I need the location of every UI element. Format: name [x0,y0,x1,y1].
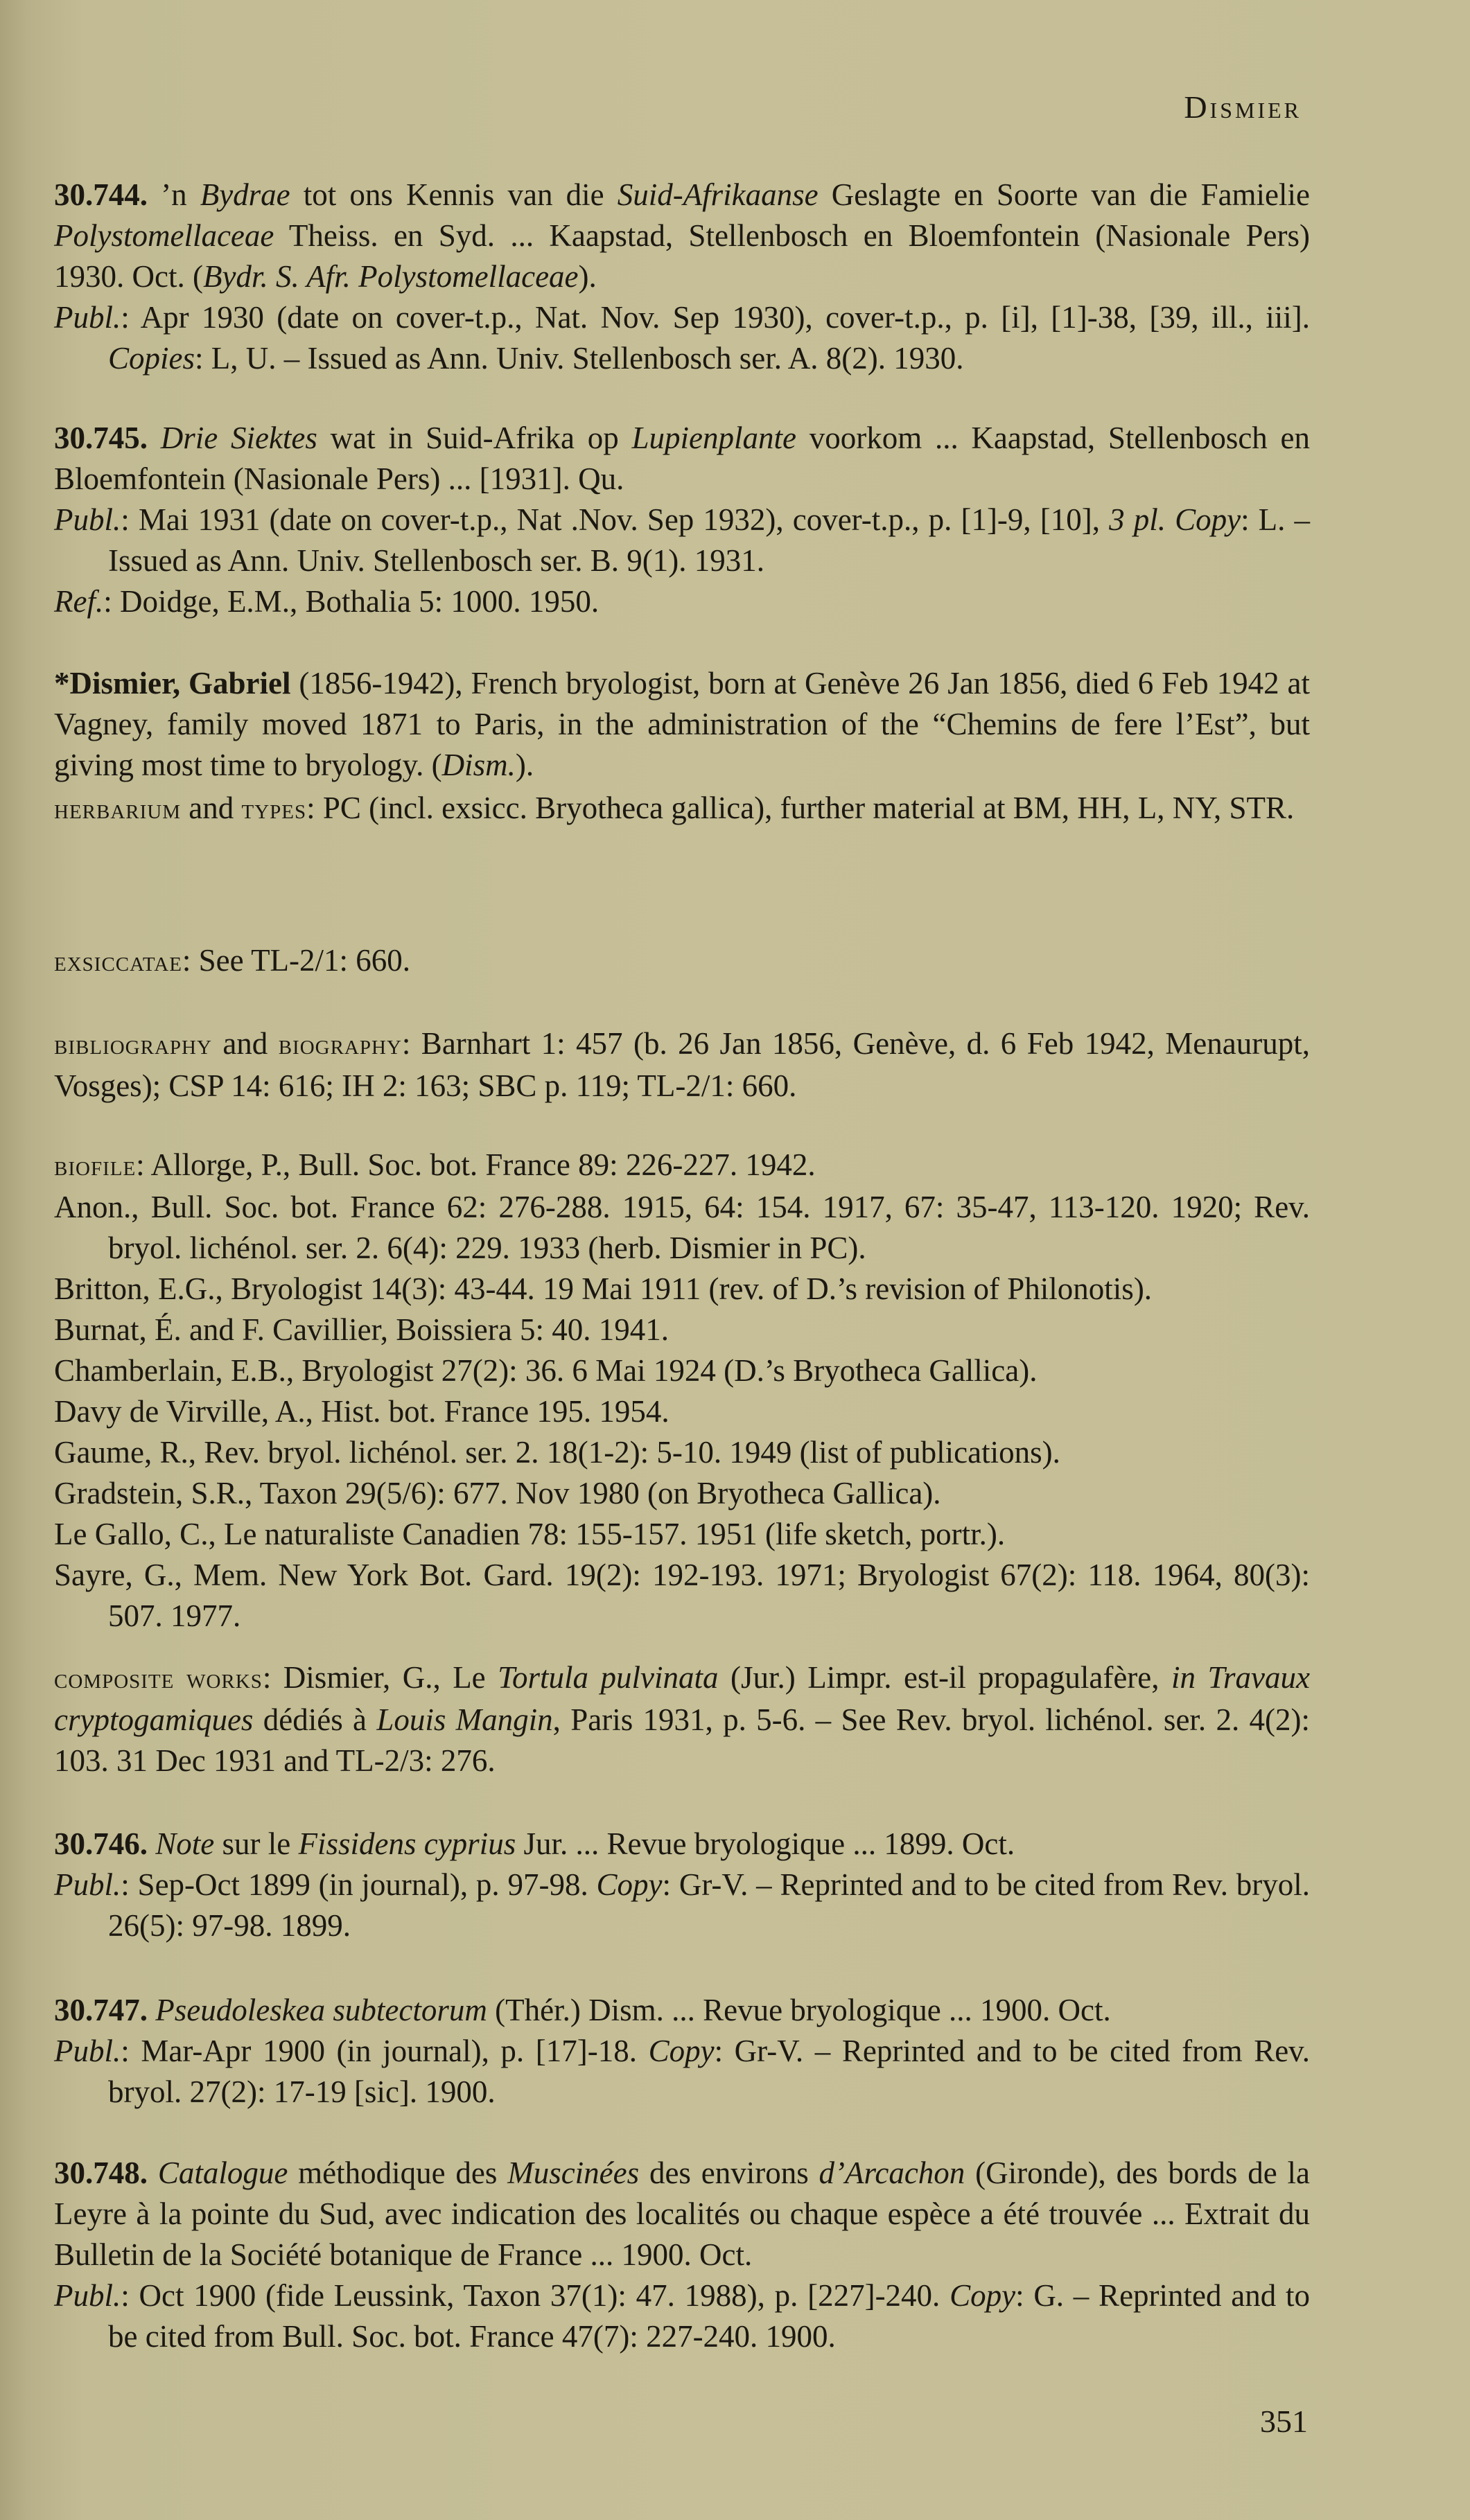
entry-30-748: 30.748. Catalogue méthodique des Musciné… [54,2153,1310,2357]
biofile-item: Anon., Bull. Soc. bot. France 62: 276-28… [54,1187,1310,1269]
entry-title: 30.744. ’n Bydrae tot ons Kennis van die… [54,175,1310,297]
entry-number: 30.746. [54,1826,148,1861]
publication-details: Publ.: Oct 1900 (fide Leussink, Taxon 37… [54,2275,1310,2357]
page-number: 351 [1260,2403,1308,2440]
publication-details: Publ.: Sep-Oct 1899 (in journal), p. 97-… [54,1865,1310,1946]
reference: Ref.: Doidge, E.M., Bothalia 5: 1000. 19… [54,581,1310,622]
entry-30-746: 30.746. Note sur le Fissidens cyprius Ju… [54,1824,1310,1946]
publication-details: Publ.: Mai 1931 (date on cover-t.p., Nat… [54,500,1310,581]
section-label: exsiccatae [54,946,182,978]
section-label: biography [279,1029,402,1061]
biofile-item: Davy de Virville, A., Hist. bot. France … [54,1391,1310,1432]
section-label: bibliography [54,1029,212,1061]
section-label: herbarium [54,793,181,825]
herbarium-section: herbarium and types: PC (incl. exsicc. B… [54,788,1310,830]
entry-title: 30.748. Catalogue méthodique des Musciné… [54,2153,1310,2275]
publication-details: Publ.: Mar-Apr 1900 (in journal), p. [17… [54,2031,1310,2113]
biofile-item: biofile: Allorge, P., Bull. Soc. bot. Fr… [54,1145,1310,1187]
entry-title: 30.747. Pseudoleskea subtectorum (Thér.)… [54,1990,1310,2031]
entry-30-745: 30.745. Drie Siektes wat in Suid-Afrika … [54,418,1310,622]
biofile-section: biofile: Allorge, P., Bull. Soc. bot. Fr… [54,1145,1310,1637]
author-name: *Dismier, Gabriel [54,666,290,701]
entry-30-747: 30.747. Pseudoleskea subtectorum (Thér.)… [54,1990,1310,2113]
entry-title: 30.745. Drie Siektes wat in Suid-Afrika … [54,418,1310,500]
entry-number: 30.747. [54,1993,148,2027]
section-label: biofile [54,1150,136,1182]
entry-number: 30.745. [54,421,148,455]
running-head: Dismier [1184,89,1302,125]
entry-30-744: 30.744. ’n Bydrae tot ons Kennis van die… [54,175,1310,379]
entry-title: 30.746. Note sur le Fissidens cyprius Ju… [54,1824,1310,1865]
biofile-item: Britton, E.G., Bryologist 14(3): 43-44. … [54,1269,1310,1310]
book-page: Dismier 30.744. ’n Bydrae tot ons Kennis… [0,0,1470,2520]
bibliography-section: bibliography and biography: Barnhart 1: … [54,1023,1310,1107]
publication-details: Publ.: Apr 1930 (date on cover-t.p., Nat… [54,297,1310,379]
biofile-item: Sayre, G., Mem. New York Bot. Gard. 19(2… [54,1555,1310,1637]
biofile-item: Chamberlain, E.B., Bryologist 27(2): 36.… [54,1350,1310,1391]
author-biography: *Dismier, Gabriel (1856-1942), French br… [54,663,1310,786]
biofile-item: Gradstein, S.R., Taxon 29(5/6): 677. Nov… [54,1473,1310,1514]
biofile-item: Gaume, R., Rev. bryol. lichénol. ser. 2.… [54,1432,1310,1473]
entry-number: 30.744. [54,177,148,212]
biofile-item: Le Gallo, C., Le naturaliste Canadien 78… [54,1514,1310,1555]
exsiccatae-section: exsiccatae: See TL-2/1: 660. [54,940,1310,983]
biofile-item: Burnat, É. and F. Cavillier, Boissiera 5… [54,1310,1310,1350]
entry-number: 30.748. [54,2156,148,2190]
composite-works-section: composite works: Dismier, G., Le Tortula… [54,1657,1310,1781]
section-label: types [242,793,307,825]
section-label: composite works [54,1663,263,1695]
